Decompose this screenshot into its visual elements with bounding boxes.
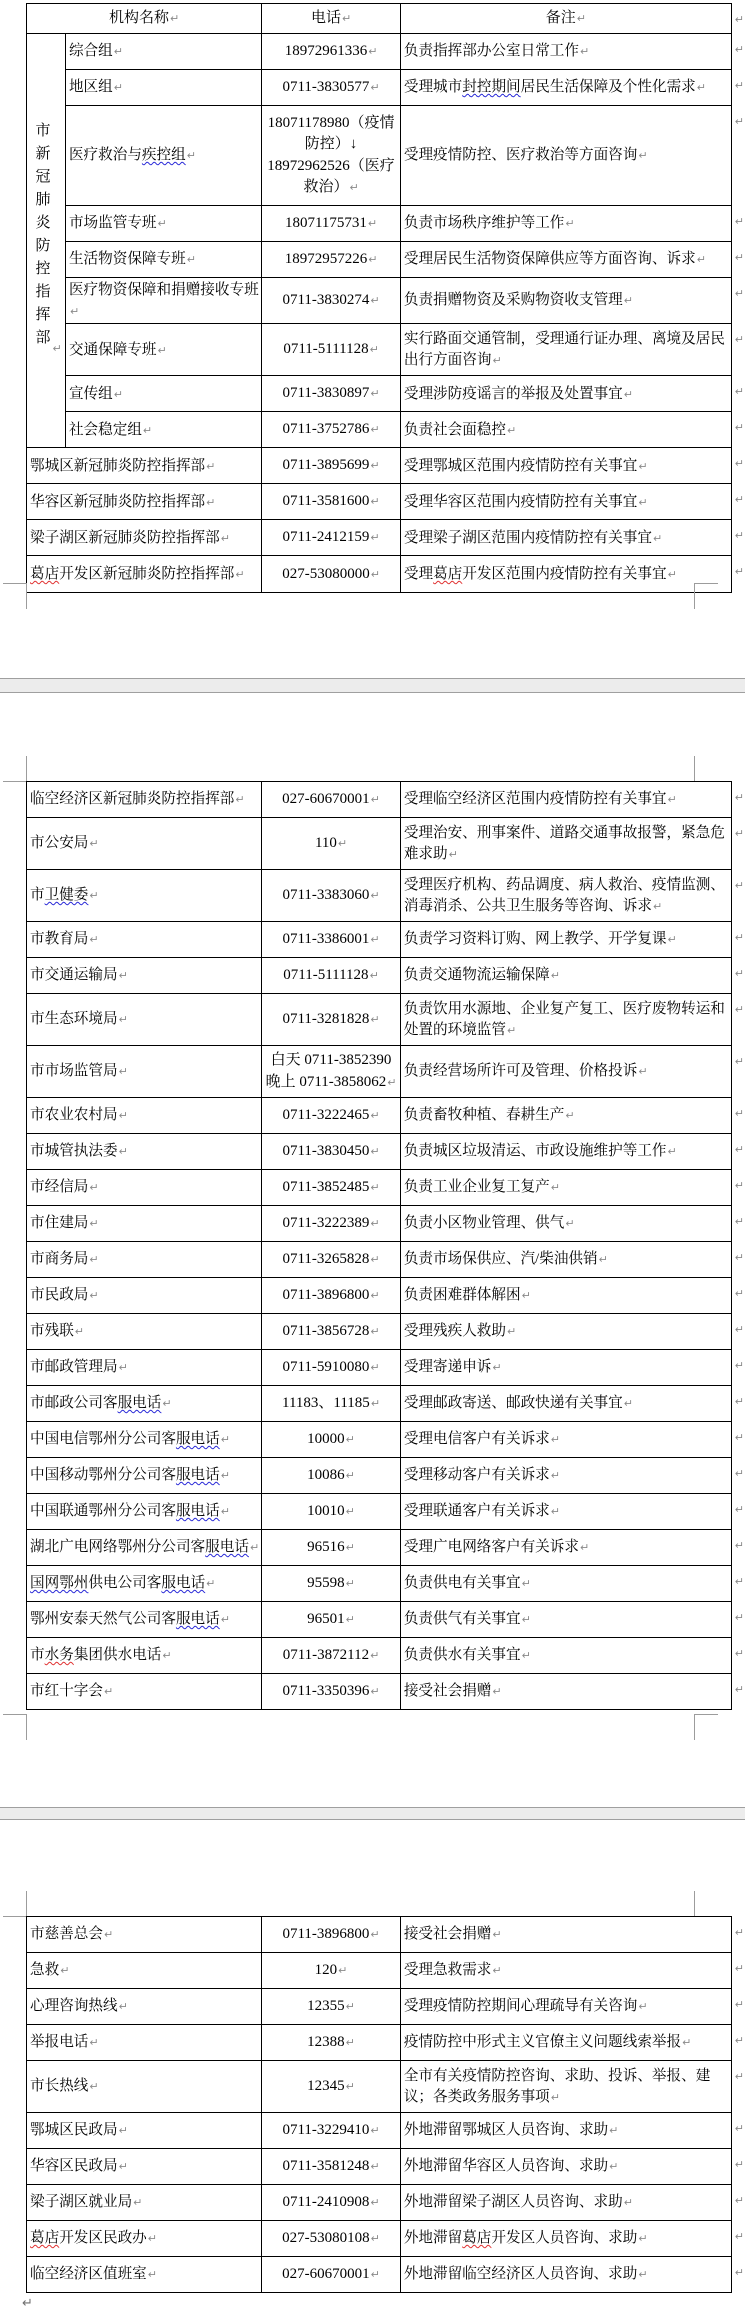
cell-end-mark: ↵ (119, 2124, 128, 2137)
cell-end-mark: ↵ (119, 969, 128, 982)
text-run: 受理残疾人救助 (404, 1323, 506, 1339)
row-end-mark: ↵ (735, 1251, 744, 1264)
row-end-mark: ↵ (735, 2230, 744, 2243)
org-name-cell[interactable]: 梁子湖区新冠肺炎防控指挥部↵ (27, 520, 262, 556)
phone-cell[interactable]: 0711-3383060↵ (262, 870, 401, 922)
org-name-cell[interactable]: 医疗物资保障和捐赠接收专班↵ (65, 278, 261, 324)
text-run: 葛店 (433, 566, 462, 582)
org-name-cell[interactable]: 中国电信鄂州分公司客服电话↵ (27, 1422, 262, 1458)
text-run: 综合组 (69, 43, 113, 59)
remark-cell[interactable]: 负责饮用水源地、企业复产复工、医疗废物转运和处置的环境监管↵ (400, 994, 731, 1046)
cell-end-mark: ↵ (492, 1928, 501, 1941)
org-name-cell[interactable]: 市残联↵ (27, 1314, 262, 1350)
phone-cell[interactable]: 027-53080000↵ (262, 556, 401, 593)
cell-end-mark: ↵ (148, 2232, 157, 2245)
remark-cell[interactable]: 负责供气有关事宜↵ (400, 1602, 731, 1638)
phone-cell[interactable]: 18071178980（疫情防控）↓18972962526（医疗救治）↵ (262, 106, 401, 206)
remark-cell[interactable]: 受理梁子湖区范围内疫情防控有关事宜↵ (400, 520, 731, 556)
text-run: 梁子湖区就业局 (30, 2194, 132, 2210)
cell-end-mark: ↵ (507, 424, 516, 437)
org-name-cell[interactable]: 临空经济区值班室↵ (27, 2257, 262, 2293)
phone-cell[interactable]: 0711-2412159↵ (262, 520, 401, 556)
text-run: 受理涉防疫谣言的举报及处置事宜 (404, 386, 623, 402)
cell-end-mark: ↵ (507, 1325, 516, 1338)
remark-cell[interactable]: 外地滞留华容区人员咨询、求助↵ (400, 2149, 731, 2185)
text-run: 受理城市 (404, 79, 462, 95)
table-row: 市民政局↵0711-3896800↵负责困难群体解困↵↵ (27, 1278, 745, 1314)
row-end-mark-cell: ↵ (731, 1638, 744, 1674)
cell-end-mark: ↵ (143, 424, 152, 437)
cell-end-mark: ↵ (119, 1145, 128, 1158)
row-end-mark-cell: ↵ (731, 556, 744, 593)
text-run: 受理电信客户有关诉求 (404, 1431, 550, 1447)
text-run: 疫情防控中形式主义官僚主义问题线索举报 (404, 2034, 681, 2050)
row-end-mark: ↵ (735, 251, 744, 264)
org-name-cell[interactable]: 宣传组↵ (65, 376, 261, 412)
text-run: 卫健委 (45, 887, 89, 903)
remark-cell[interactable]: 受理治安、刑事案件、道路交通事故报警，紧急危难求助↵ (400, 818, 731, 870)
text-run: 中国联通鄂州分公司客 (30, 1503, 176, 1519)
org-name-cell[interactable]: 生活物资保障专班↵ (65, 242, 261, 278)
phone-cell[interactable]: 0711-3830274↵ (262, 278, 401, 324)
cell-end-mark: ↵ (158, 344, 167, 357)
text-run: 受理医疗机构、药品调度、病人救治、疫情监测、消毒消杀、公共卫生服务等咨询、诉求 (404, 877, 725, 914)
margin-mark-page2-bottom-left (3, 1714, 27, 1740)
text-run: 市民政局 (30, 1287, 88, 1303)
header-org-name[interactable]: 机构名称↵ (27, 4, 262, 34)
row-end-mark-cell: ↵ (731, 520, 744, 556)
remark-cell[interactable]: 负责社会面稳控↵ (400, 412, 731, 448)
phone-cell[interactable]: 027-60670001↵ (262, 782, 401, 818)
text-run: 负责畜牧种植、春耕生产 (404, 1107, 565, 1123)
cell-end-mark: ↵ (338, 837, 347, 850)
cell-end-mark: ↵ (370, 2124, 379, 2137)
row-end-mark: ↵ (735, 1055, 744, 1068)
text-run: 医疗物资保障和捐赠接收专班 (69, 282, 259, 298)
text-run: 水务 (45, 1647, 74, 1663)
cell-end-mark: ↵ (565, 217, 574, 230)
table-row: 市慈善总会↵0711-3896800↵接受社会捐赠↵↵ (27, 1917, 745, 1953)
org-name-cell[interactable]: 市农业农村局↵ (27, 1098, 262, 1134)
org-name-cell[interactable]: 鄂城区民政局↵ (27, 2113, 262, 2149)
cell-end-mark: ↵ (370, 1181, 379, 1194)
cell-end-mark: ↵ (89, 1289, 98, 1302)
remark-cell[interactable]: 受理残疾人救助↵ (400, 1314, 731, 1350)
row-end-mark-cell: ↵ (731, 242, 744, 278)
cell-end-mark: ↵ (370, 1013, 379, 1026)
phone-cell[interactable]: 110↵ (262, 818, 401, 870)
cell-end-mark: ↵ (522, 1649, 531, 1662)
org-name-cell[interactable]: 市水务集团供水电话↵ (27, 1638, 262, 1674)
cell-end-mark: ↵ (119, 1013, 128, 1026)
cell-end-mark: ↵ (89, 837, 98, 850)
org-name-cell[interactable]: 社会稳定组↵ (65, 412, 261, 448)
remark-cell[interactable]: 实行路面交通管制，受理通行证办理、离境及居民出行方面咨询↵ (400, 324, 731, 376)
remark-cell[interactable]: 受理医疗机构、药品调度、病人救治、疫情监测、消毒消杀、公共卫生服务等咨询、诉求↵ (400, 870, 731, 922)
remark-cell[interactable]: 负责经营场所许可及管理、价格投诉↵ (400, 1046, 731, 1098)
remark-cell[interactable]: 受理疫情防控期间心理疏导有关咨询↵ (400, 1989, 731, 2025)
text-run: 受理联通客户有关诉求 (404, 1503, 550, 1519)
text-run: 市公安局 (30, 835, 88, 851)
org-name-cell[interactable]: 医疗救治与疾控组↵ (65, 106, 261, 206)
row-end-mark: ↵ (735, 1107, 744, 1120)
phone-cell[interactable]: 96501↵ (262, 1602, 401, 1638)
row-end-mark: ↵ (735, 457, 744, 470)
cell-end-mark: ↵ (75, 1325, 84, 1338)
org-name-cell[interactable]: 中国移动鄂州分公司客服电话↵ (27, 1458, 262, 1494)
text-run: 鄂城区民政局 (30, 2122, 118, 2138)
cell-end-mark: ↵ (89, 1217, 98, 1230)
text-run: 封控期间 (462, 79, 520, 95)
row-end-mark: ↵ (735, 529, 744, 542)
cell-end-mark: ↵ (250, 1541, 259, 1554)
org-name-cell[interactable]: 心理咨询热线↵ (27, 1989, 262, 2025)
phone-cell[interactable]: 0711-5910080↵ (262, 1350, 401, 1386)
org-name-cell[interactable]: 市邮政管理局↵ (27, 1350, 262, 1386)
text-run: 市商务局 (30, 1251, 88, 1267)
header-remark[interactable]: 备注↵ (400, 4, 731, 34)
phone-cell[interactable]: 0711-3386001↵ (262, 922, 401, 958)
row-end-mark: ↵ (735, 1998, 744, 2011)
text-run: 负责经营场所许可及管理、价格投诉 (404, 1063, 638, 1079)
cell-end-mark: ↵ (346, 1469, 355, 1482)
cell-end-mark: ↵ (368, 45, 377, 58)
phone-cell[interactable]: 12355↵ (262, 1989, 401, 2025)
cell-end-mark: ↵ (697, 253, 706, 266)
row-end-mark-cell: ↵ (731, 1134, 744, 1170)
table-row: 市生态环境局↵0711-3281828↵负责饮用水源地、企业复产复工、医疗废物转… (27, 994, 745, 1046)
remark-cell[interactable]: 受理城市封控期间居民生活保障及个性化需求↵ (400, 70, 731, 106)
text-run: 受理临空经济区范围内疫情防控有关事宜 (404, 791, 667, 807)
remark-cell[interactable]: 外地滞留鄂城区人员咨询、求助↵ (400, 2113, 731, 2149)
cell-end-mark: ↵ (162, 1397, 171, 1410)
org-name-cell[interactable]: 湖北广电网络鄂州分公司客服电话↵ (27, 1530, 262, 1566)
remark-cell[interactable]: 负责小区物业管理、供气↵ (400, 1206, 731, 1242)
cell-end-mark: ↵ (89, 1181, 98, 1194)
remark-cell[interactable]: 受理华容区范围内疫情防控有关事宜↵ (400, 484, 731, 520)
phone-cell[interactable]: 0711-3281828↵ (262, 994, 401, 1046)
remark-cell[interactable]: 疫情防控中形式主义官僚主义问题线索举报↵ (400, 2025, 731, 2061)
text-run: 中国电信鄂州分公司客 (30, 1431, 176, 1447)
org-name-cell[interactable]: 华容区民政局↵ (27, 2149, 262, 2185)
row-end-mark: ↵ (735, 493, 744, 506)
text-run: 机构名称 (109, 10, 169, 26)
row-end-mark-cell: ↵ (731, 2025, 744, 2061)
cell-end-mark: ↵ (119, 2000, 128, 2013)
cell-end-mark: ↵ (522, 1613, 531, 1626)
remark-cell[interactable]: 负责城区垃圾清运、市政设施维护等工作↵ (400, 1134, 731, 1170)
org-name-cell[interactable]: 华容区新冠肺炎防控指挥部↵ (27, 484, 262, 520)
table-row: 市邮政管理局↵0711-5910080↵受理寄递申诉↵↵ (27, 1350, 745, 1386)
org-name-cell[interactable]: 葛店开发区民政办↵ (27, 2221, 262, 2257)
table-row: 举报电话↵12388↵疫情防控中形式主义官僚主义问题线索举报↵↵ (27, 2025, 745, 2061)
table-row: 社会稳定组↵0711-3752786↵负责社会面稳控↵↵ (27, 412, 745, 448)
phone-cell[interactable]: 0711-3830897↵ (262, 376, 401, 412)
phone-cell[interactable]: 0711-3229410↵ (262, 2113, 401, 2149)
header-phone[interactable]: 电话↵ (262, 4, 401, 34)
cell-end-mark: ↵ (346, 1613, 355, 1626)
remark-cell[interactable]: 接受社会捐赠↵ (400, 1674, 731, 1710)
phone-cell[interactable]: 11183、11185↵ (262, 1386, 401, 1422)
row-end-mark-cell: ↵ (731, 1422, 744, 1458)
table-row: 市住建局↵0711-3222389↵负责小区物业管理、供气↵↵ (27, 1206, 745, 1242)
cell-end-mark: ↵ (370, 889, 379, 902)
text-run: 市住建局 (30, 1215, 88, 1231)
remark-cell[interactable]: 受理联通客户有关诉求↵ (400, 1494, 731, 1530)
phone-cell[interactable]: 0711-3581248↵ (262, 2149, 401, 2185)
org-table-departments: 临空经济区新冠肺炎防控指挥部↵027-60670001↵受理临空经济区范围内疫情… (26, 781, 745, 1710)
cell-end-mark: ↵ (371, 2232, 380, 2245)
cell-end-mark: ↵ (697, 81, 706, 94)
text-run: 负责市场秩序维护等工作 (404, 215, 565, 231)
org-name-cell[interactable]: 市教育局↵ (27, 922, 262, 958)
remark-cell[interactable]: 受理广电网络客户有关诉求↵ (400, 1530, 731, 1566)
text-run: 举报电话 (30, 2034, 88, 2050)
row-end-mark: ↵ (735, 1359, 744, 1372)
org-name-cell[interactable]: 市红十字会↵ (27, 1674, 262, 1710)
text-run: 市长热线 (30, 2078, 88, 2094)
table-row: 市残联↵0711-3856728↵受理残疾人救助↵↵ (27, 1314, 745, 1350)
cell-end-mark: ↵ (368, 253, 377, 266)
phone-cell[interactable]: 12388↵ (262, 2025, 401, 2061)
cell-end-mark: ↵ (449, 848, 458, 861)
cell-end-mark: ↵ (370, 1325, 379, 1338)
cell-end-mark: ↵ (371, 1397, 380, 1410)
cell-end-mark: ↵ (638, 2268, 647, 2281)
remark-cell[interactable]: 受理移动客户有关诉求↵ (400, 1458, 731, 1494)
cell-end-mark: ↵ (638, 2000, 647, 2013)
org-name-cell[interactable]: 举报电话↵ (27, 2025, 262, 2061)
phone-cell[interactable]: 0711-3896800↵ (262, 1917, 401, 1953)
remark-cell[interactable]: 接受社会捐赠↵ (400, 1917, 731, 1953)
phone-cell[interactable]: 0711-3830577↵ (262, 70, 401, 106)
cell-end-mark: ↵ (206, 460, 215, 473)
org-name-cell[interactable]: 市民政局↵ (27, 1278, 262, 1314)
cell-end-mark: ↵ (346, 1541, 355, 1554)
cell-end-mark: ↵ (653, 532, 662, 545)
cell-end-mark: ↵ (133, 2196, 142, 2209)
phone-cell[interactable]: 0711-3222465↵ (262, 1098, 401, 1134)
remark-cell[interactable]: 受理寄递申诉↵ (400, 1350, 731, 1386)
phone-cell[interactable]: 10086↵ (262, 1458, 401, 1494)
text-run: 中国移动鄂州分公司客 (30, 1467, 176, 1483)
cell-end-mark: ↵ (609, 2160, 618, 2173)
row-end-mark-cell: ↵ (731, 1602, 744, 1638)
remark-cell[interactable]: 全市有关疫情防控咨询、求助、投诉、举报、建议；各类政务服务事项↵ (400, 2061, 731, 2113)
org-name-cell[interactable]: 市住建局↵ (27, 1206, 262, 1242)
remark-cell[interactable]: 受理疫情防控、医疗救治等方面咨询↵ (400, 106, 731, 206)
remark-cell[interactable]: 受理邮政寄送、邮政快递有关事宜↵ (400, 1386, 731, 1422)
cell-end-mark: ↵ (148, 2268, 157, 2281)
org-name-cell[interactable]: 临空经济区新冠肺炎防控指挥部↵ (27, 782, 262, 818)
text-run: 外地滞留鄂城区人员咨询、求助 (404, 2122, 608, 2138)
margin-mark-page2-top-right (694, 756, 718, 782)
org-name-cell[interactable]: 市公安局↵ (27, 818, 262, 870)
text-run: 宣传组 (69, 386, 113, 402)
row-end-mark-cell: ↵ (731, 34, 744, 70)
remark-cell[interactable]: 受理居民生活物资保障供应等方面咨询、诉求↵ (400, 242, 731, 278)
remark-cell[interactable]: 受理电信客户有关诉求↵ (400, 1422, 731, 1458)
text-run: 市 (30, 887, 45, 903)
remark-cell[interactable]: 外地滞留临空经济区人员咨询、求助↵ (400, 2257, 731, 2293)
cell-end-mark: ↵ (370, 1928, 379, 1941)
text-run: 受理广电网络客户有关诉求 (404, 1539, 579, 1555)
cell-end-mark: ↵ (119, 1109, 128, 1122)
table-row: 急救↵120↵受理急救需求↵↵ (27, 1953, 745, 1989)
org-name-cell[interactable]: 市场监管专班↵ (65, 206, 261, 242)
row-end-mark-cell: ↵ (731, 1458, 744, 1494)
org-name-cell[interactable]: 市商务局↵ (27, 1242, 262, 1278)
phone-cell[interactable]: 18972957226↵ (262, 242, 401, 278)
phone-cell[interactable]: 120↵ (262, 1953, 401, 1989)
phone-cell[interactable]: 0711-3895699↵ (262, 448, 401, 484)
phone-cell[interactable]: 10000↵ (262, 1422, 401, 1458)
org-name-cell[interactable]: 综合组↵ (65, 34, 261, 70)
remark-cell[interactable]: 外地滞留葛店开发区人员咨询、求助↵ (400, 2221, 731, 2257)
phone-cell[interactable]: 12345↵ (262, 2061, 401, 2113)
table-row: 中国电信鄂州分公司客服电话↵10000↵受理电信客户有关诉求↵↵ (27, 1422, 745, 1458)
remark-cell[interactable]: 负责畜牧种植、春耕生产↵ (400, 1098, 731, 1134)
phone-cell[interactable]: 0711-3896800↵ (262, 1278, 401, 1314)
remark-cell[interactable]: 负责学习资料订购、网上教学、开学复课↵ (400, 922, 731, 958)
phone-cell[interactable]: 0711-5111128↵ (262, 324, 401, 376)
text-run: 市红十字会 (30, 1683, 103, 1699)
table-row: 市农业农村局↵0711-3222465↵负责畜牧种植、春耕生产↵↵ (27, 1098, 745, 1134)
phone-cell[interactable]: 0711-3856728↵ (262, 1314, 401, 1350)
org-name-cell[interactable]: 鄂州安泰天然气公司客服电话↵ (27, 1602, 262, 1638)
text-run: 葛店 (462, 2230, 491, 2246)
cell-end-mark: ↵ (624, 294, 633, 307)
text-run: 急救 (30, 1962, 59, 1978)
remark-cell[interactable]: 负责市场秩序维护等工作↵ (400, 206, 731, 242)
phone-cell[interactable]: 027-60670001↵ (262, 2257, 401, 2293)
phone-cell[interactable]: 96516↵ (262, 1530, 401, 1566)
text-run: 负责捐赠物资及采购物资收支管理 (404, 292, 623, 308)
row-end-mark: ↵ (735, 1395, 744, 1408)
row-end-mark-cell: ↵ (731, 2257, 744, 2293)
phone-cell[interactable]: 10010↵ (262, 1494, 401, 1530)
margin-mark-page3-top-left (3, 1891, 27, 1917)
text-run: 外地滞留临空经济区人员咨询、求助 (404, 2266, 638, 2282)
phone-cell[interactable]: 白天 0711-3852390晚上 0711-3858062↵ (262, 1046, 401, 1098)
org-name-cell[interactable]: 市长热线↵ (27, 2061, 262, 2113)
table-row: 市经信局↵0711-3852485↵负责工业企业复工复产↵↵ (27, 1170, 745, 1206)
row-end-mark: ↵ (735, 333, 744, 346)
row-end-mark-cell: ↵ (731, 1917, 744, 1953)
phone-cell[interactable]: 0711-3265828↵ (262, 1242, 401, 1278)
org-name-cell[interactable]: 市邮政公司客服电话↵ (27, 1386, 262, 1422)
cell-end-mark: ↵ (668, 933, 677, 946)
table-row: 葛店开发区新冠肺炎防控指挥部↵027-53080000↵受理葛店开发区范围内疫情… (27, 556, 745, 593)
phone-cell[interactable]: 027-53080108↵ (262, 2221, 401, 2257)
remark-cell[interactable]: 负责交通物流运输保障↵ (400, 958, 731, 994)
phone-cell[interactable]: 18071175731↵ (262, 206, 401, 242)
text-run: 受理居民生活物资保障供应等方面咨询、诉求 (404, 251, 696, 267)
cell-end-mark: ↵ (346, 1433, 355, 1446)
org-name-cell[interactable]: 中国联通鄂州分公司客服电话↵ (27, 1494, 262, 1530)
org-name-cell[interactable]: 市慈善总会↵ (27, 1917, 262, 1953)
org-name-cell[interactable]: 市市场监管局↵ (27, 1046, 262, 1098)
cell-end-mark: ↵ (682, 2036, 691, 2049)
org-name-cell[interactable]: 市卫健委↵ (27, 870, 262, 922)
phone-cell[interactable]: 0711-3350396↵ (262, 1674, 401, 1710)
row-end-mark-cell: ↵ (731, 1098, 744, 1134)
org-name-cell[interactable]: 急救↵ (27, 1953, 262, 1989)
row-end-mark: ↵ (735, 827, 744, 840)
cell-end-mark: ↵ (370, 1145, 379, 1158)
phone-cell[interactable]: 0711-5111128↵ (262, 958, 401, 994)
remark-cell[interactable]: 负责捐赠物资及采购物资收支管理↵ (400, 278, 731, 324)
remark-cell[interactable]: 负责工业企业复工复产↵ (400, 1170, 731, 1206)
org-name-cell[interactable]: 鄂城区新冠肺炎防控指挥部↵ (27, 448, 262, 484)
remark-cell[interactable]: 受理鄂城区范围内疫情防控有关事宜↵ (400, 448, 731, 484)
remark-cell[interactable]: 负责指挥部办公室日常工作↵ (400, 34, 731, 70)
row-end-mark: ↵ (735, 931, 744, 944)
table-row: 市红十字会↵0711-3350396↵接受社会捐赠↵↵ (27, 1674, 745, 1710)
phone-cell[interactable]: 0711-3752786↵ (262, 412, 401, 448)
row-end-mark: ↵ (735, 1467, 744, 1480)
table-row: 市场监管专班↵18071175731↵负责市场秩序维护等工作↵↵ (27, 206, 745, 242)
remark-cell[interactable]: 受理临空经济区范围内疫情防控有关事宜↵ (400, 782, 731, 818)
cell-end-mark: ↵ (638, 149, 647, 162)
text-run: 地区组 (69, 79, 113, 95)
phone-cell[interactable]: 0711-3830450↵ (262, 1134, 401, 1170)
phone-cell[interactable]: 0711-2410908↵ (262, 2185, 401, 2221)
org-name-cell[interactable]: 市城管执法委↵ (27, 1134, 262, 1170)
remark-cell[interactable]: 负责供水有关事宜↵ (400, 1638, 731, 1674)
phone-cell[interactable]: 95598↵ (262, 1566, 401, 1602)
org-name-cell[interactable]: 国网鄂州供电公司客服电话↵ (27, 1566, 262, 1602)
text-run: 临空经济区新冠肺炎防控指挥部 (30, 791, 234, 807)
text-run: 负责学习资料订购、网上教学、开学复课 (404, 931, 667, 947)
remark-cell[interactable]: 受理葛店开发区范围内疫情防控有关事宜↵ (400, 556, 731, 593)
text-run: 市城管执法委 (30, 1143, 118, 1159)
phone-cell[interactable]: 0711-3581600↵ (262, 484, 401, 520)
text-run: 负责困难群体解困 (404, 1287, 521, 1303)
org-name-cell[interactable]: 梁子湖区就业局↵ (27, 2185, 262, 2221)
cell-end-mark: ↵ (492, 1964, 501, 1977)
org-name-cell[interactable]: 葛店开发区新冠肺炎防控指挥部↵ (27, 556, 262, 593)
phone-cell[interactable]: 0711-3852485↵ (262, 1170, 401, 1206)
org-name-cell[interactable]: 地区组↵ (65, 70, 261, 106)
row-end-mark: ↵ (735, 791, 744, 804)
remark-cell[interactable]: 受理急救需求↵ (400, 1953, 731, 1989)
org-name-cell[interactable]: 市生态环境局↵ (27, 994, 262, 1046)
phone-cell[interactable]: 0711-3872112↵ (262, 1638, 401, 1674)
table-row: 市邮政公司客服电话↵11183、11185↵受理邮政寄送、邮政快递有关事宜↵↵ (27, 1386, 745, 1422)
text-run: 开发区新冠肺炎防控指挥部 (59, 566, 234, 582)
org-name-cell[interactable]: 市交通运输局↵ (27, 958, 262, 994)
cell-end-mark: ↵ (624, 2196, 633, 2209)
cell-end-mark: ↵ (221, 1433, 230, 1446)
remark-cell[interactable]: 负责困难群体解困↵ (400, 1278, 731, 1314)
remark-cell[interactable]: 外地滞留梁子湖区人员咨询、求助↵ (400, 2185, 731, 2221)
group-label-cell[interactable]: 市新冠肺炎防控指挥部↵ (27, 34, 66, 448)
row-end-mark: ↵ (735, 287, 744, 300)
phone-cell[interactable]: 18972961336↵ (262, 34, 401, 70)
row-end-mark-cell: ↵ (731, 2113, 744, 2149)
cell-end-mark: ↵ (492, 354, 501, 367)
org-name-cell[interactable]: 交通保障专班↵ (65, 324, 261, 376)
remark-cell[interactable]: 负责供电有关事宜↵ (400, 1566, 731, 1602)
phone-cell[interactable]: 0711-3222389↵ (262, 1206, 401, 1242)
row-end-mark: ↵ (735, 1647, 744, 1660)
org-name-cell[interactable]: 市经信局↵ (27, 1170, 262, 1206)
row-end-mark: ↵ (735, 1323, 744, 1336)
remark-cell[interactable]: 负责市场保供应、汽/柴油供销↵ (400, 1242, 731, 1278)
text-run: 供电公司客 (88, 1575, 161, 1591)
remark-cell[interactable]: 受理涉防疫谣言的举报及处置事宜↵ (400, 376, 731, 412)
